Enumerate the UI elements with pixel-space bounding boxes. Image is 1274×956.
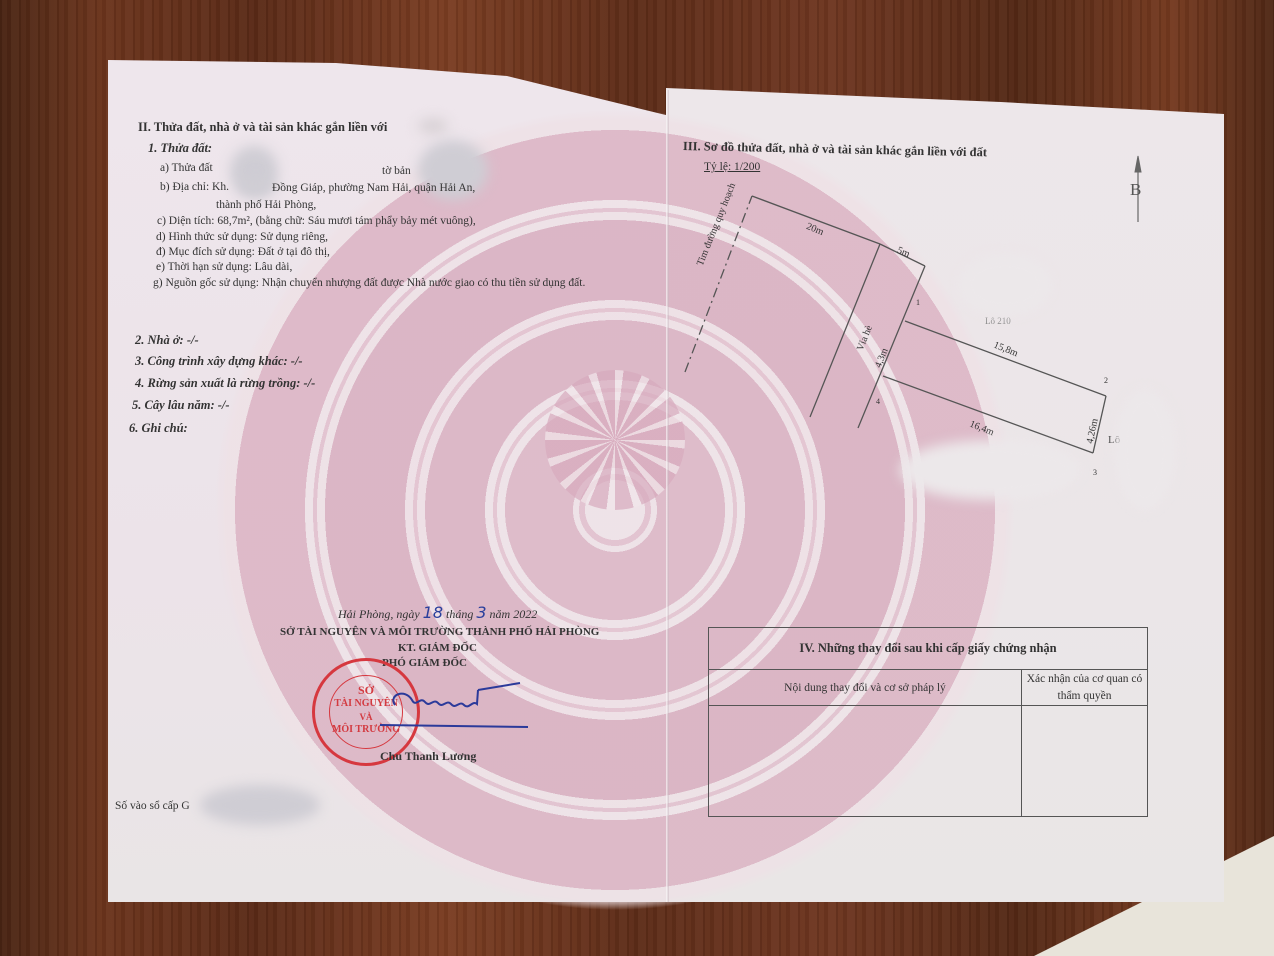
registry-number-label: Số vào sổ cấp G [115,800,190,812]
redacted-neighbor-right [1115,390,1175,510]
changes-col-content-header: Nội dung thay đổi và cơ sở pháp lý [709,670,1022,706]
parcel-diagram [685,196,1106,453]
corner-4: 4 [876,397,880,406]
changes-col-confirmation-header: Xác nhận của cơ quan có thẩm quyền [1022,670,1148,706]
corner-3: 3 [1093,468,1097,477]
map-scale: Tỷ lệ: 1/200 [704,161,760,173]
handwritten-signature [380,683,528,727]
road-edge-line [752,196,880,244]
signer-name: Chu Thanh Lương [380,749,476,764]
changes-table: IV. Những thay đổi sau khi cấp giấy chứn… [708,627,1148,817]
corner-1: 1 [916,298,920,307]
changes-content-cell [709,706,1022,817]
changes-confirmation-cell [1022,706,1148,817]
north-label: B [1130,180,1141,200]
corner-2: 2 [1104,376,1108,385]
changes-table-title: IV. Những thay đổi sau khi cấp giấy chứn… [709,628,1148,670]
neighbor-lot-top: Lô 210 [985,316,1011,326]
parcel-top-edge [905,321,1106,396]
redacted-neighbor-top [960,255,1050,315]
redacted-registry-number [200,785,320,825]
redacted-neighbor-bottom [900,440,1080,500]
parcel-front-line [858,266,925,428]
